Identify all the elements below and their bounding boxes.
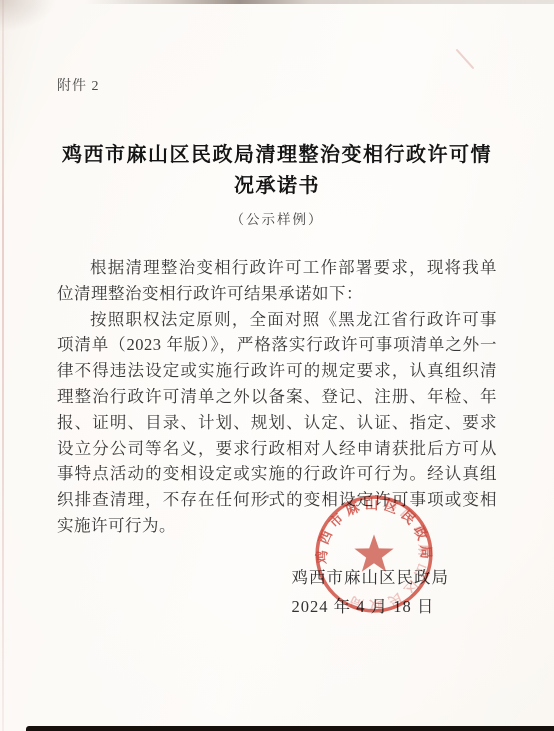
- document-title-line-2: 况承诺书: [57, 171, 497, 202]
- signature-block: 鸡西市麻山区民政局 2024 年 4 月 18 日: [57, 563, 497, 621]
- document-subtitle: （公示样例）: [57, 210, 497, 230]
- scan-corner-shade: [0, 0, 90, 60]
- document-title: 鸡西市麻山区民政局清理整治变相行政许可情 况承诺书: [57, 140, 497, 202]
- scanned-document-page: 附件 2 鸡西市麻山区民政局清理整治变相行政许可情 况承诺书 （公示样例） 根据…: [0, 0, 554, 731]
- body-paragraph: 根据清理整治变相行政许可工作部署要求，现将我单位清理整治变相行政许可结果承诺如下…: [57, 255, 497, 307]
- signature-date: 2024 年 4 月 18 日: [292, 592, 450, 621]
- scan-edge-top: [84, 0, 554, 4]
- document-body: 根据清理整治变相行政许可工作部署要求，现将我单位清理整治变相行政许可结果承诺如下…: [57, 255, 497, 539]
- scan-edge-bottom: [26, 726, 554, 731]
- signature-name: 鸡西市麻山区民政局: [292, 563, 450, 592]
- scan-scratch-mark: [456, 49, 475, 70]
- attachment-label: 附件 2: [57, 78, 497, 96]
- signature-inner: 鸡西市麻山区民政局 2024 年 4 月 18 日: [292, 563, 450, 621]
- body-paragraph: 按照职权法定原则，全面对照《黑龙江省行政许可事项清单（2023 年版）》，严格落…: [57, 307, 497, 539]
- document-title-line-1: 鸡西市麻山区民政局清理整治变相行政许可情: [57, 140, 497, 171]
- scan-edge-left: [2, 0, 4, 731]
- scan-speck: [266, 495, 269, 498]
